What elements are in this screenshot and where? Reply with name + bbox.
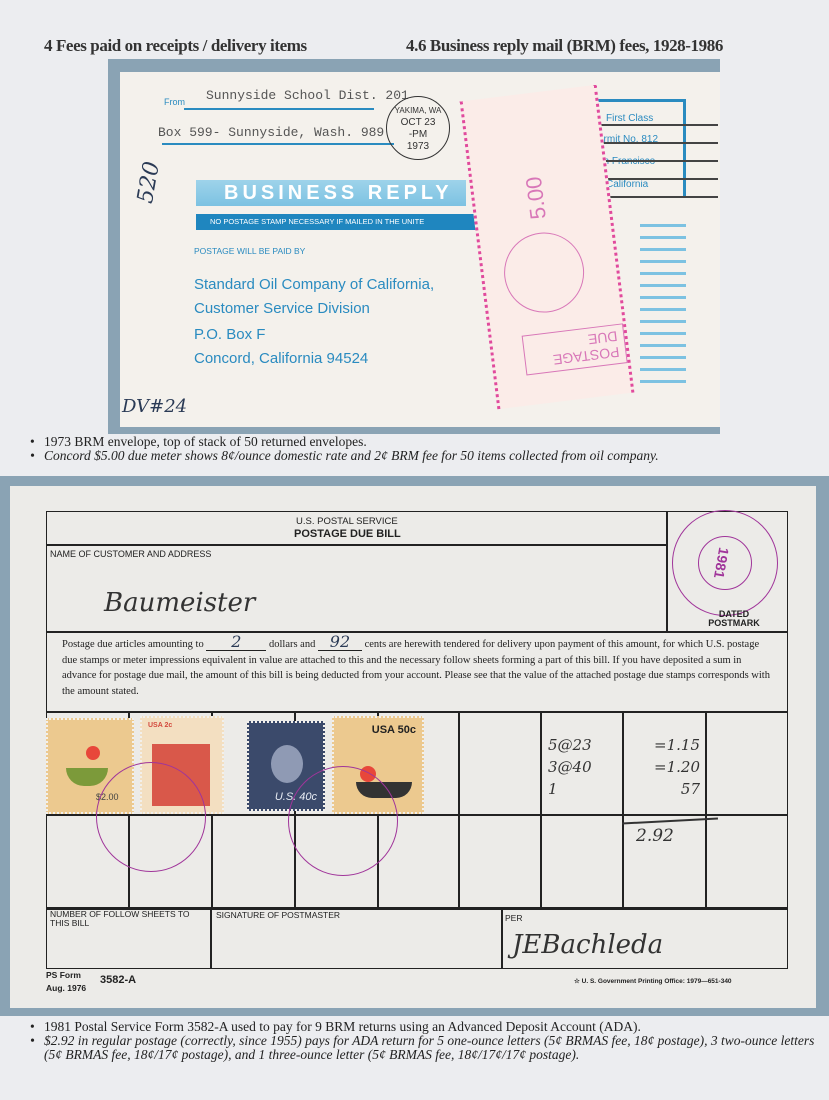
calc-line: =1.15 bbox=[630, 734, 700, 756]
stamp-cancel-postmark bbox=[288, 766, 398, 876]
indicia-bar bbox=[640, 260, 686, 263]
grid-line bbox=[501, 907, 503, 969]
lamp-flame-icon bbox=[86, 746, 100, 760]
permit-line-4: California bbox=[606, 179, 648, 190]
addressee-line-4: Concord, California 94524 bbox=[194, 350, 368, 367]
postmark-time: -PM bbox=[387, 129, 449, 141]
cancel-line bbox=[600, 196, 718, 198]
form-title: POSTAGE DUE BILL bbox=[294, 528, 401, 540]
postmark-city: YAKIMA, WA bbox=[387, 105, 449, 117]
dated-postmark-label: DATED POSTMARK bbox=[708, 610, 760, 628]
meter-value: 5.00 bbox=[521, 175, 552, 221]
no-postage-banner: NO POSTAGE STAMP NECESSARY IF MAILED IN … bbox=[196, 214, 476, 230]
section-title: 4 Fees paid on receipts / delivery items bbox=[44, 36, 307, 55]
cents-value: 92 bbox=[318, 634, 362, 651]
customer-name: Baumeister bbox=[104, 588, 255, 618]
subsection-title: 4.6 Business reply mail (BRM) fees, 1928… bbox=[406, 36, 723, 56]
from-label: From bbox=[164, 97, 185, 107]
from-line-1: Sunnyside School Dist. 201 bbox=[206, 88, 409, 103]
indicia-bar bbox=[640, 368, 686, 371]
note: 1981 Postal Service Form 3582-A used to … bbox=[30, 1020, 820, 1034]
grid-line bbox=[540, 711, 542, 908]
lamp-base-icon bbox=[66, 768, 108, 786]
divider bbox=[46, 631, 788, 633]
note: $2.92 in regular postage (correctly, sin… bbox=[30, 1034, 820, 1062]
amount-text-2: dollars and bbox=[269, 639, 315, 650]
note: 1973 BRM envelope, top of stack of 50 re… bbox=[30, 435, 659, 449]
grid-line bbox=[705, 711, 707, 908]
from-line-2: Box 599- Sunnyside, Wash. 989 bbox=[158, 125, 384, 140]
amount-paragraph: Postage due articles amounting to 2 doll… bbox=[62, 634, 776, 699]
customer-label: NAME OF CUSTOMER AND ADDRESS bbox=[50, 549, 211, 559]
indicia-bar bbox=[640, 332, 686, 335]
cancel-line bbox=[600, 124, 718, 126]
per-label: PER bbox=[505, 913, 522, 923]
postmark-date: OCT 23 bbox=[387, 117, 449, 129]
indicia-bar bbox=[640, 224, 686, 227]
stamp-cancel-postmark bbox=[96, 762, 206, 872]
form-notes: 1981 Postal Service Form 3582-A used to … bbox=[30, 1020, 820, 1062]
ps-form-label: PS Form bbox=[46, 970, 81, 980]
portrait-icon bbox=[271, 745, 303, 783]
stamp-value: USA 2c bbox=[148, 722, 172, 729]
grid-line bbox=[622, 711, 624, 908]
postmaster-signature: JEBachleda bbox=[512, 930, 663, 960]
postmaster-signature-label: SIGNATURE OF POSTMASTER bbox=[216, 910, 340, 920]
meter-date-circle bbox=[500, 228, 589, 317]
form-agency: U.S. POSTAL SERVICE bbox=[296, 516, 398, 527]
addressee-line-2: Customer Service Division bbox=[194, 300, 370, 317]
follow-sheets-label: NUMBER OF FOLLOW SHEETS TO THIS BILL bbox=[50, 910, 200, 928]
grid-line bbox=[210, 907, 212, 969]
stamp-value: USA 50c bbox=[372, 724, 416, 736]
from-underline-1 bbox=[184, 108, 374, 110]
permit-line-1: First Class bbox=[606, 113, 653, 124]
divider bbox=[46, 711, 788, 713]
indicia-bar bbox=[640, 356, 686, 359]
annotation-bottom: DV#24 bbox=[122, 396, 187, 417]
form-number: 3582-A bbox=[100, 974, 136, 986]
note: Concord $5.00 due meter shows 8¢/ounce d… bbox=[30, 449, 659, 463]
calc-line: =1.20 bbox=[630, 756, 700, 778]
addressee-line-1: Standard Oil Company of California, bbox=[194, 276, 434, 293]
from-underline-2 bbox=[162, 143, 394, 145]
postage-paid-by-label: POSTAGE WILL BE PAID BY bbox=[194, 246, 305, 256]
indicia-bar bbox=[640, 344, 686, 347]
indicia-bar bbox=[640, 248, 686, 251]
indicia-bar bbox=[640, 320, 686, 323]
calc-line: 1 bbox=[548, 778, 592, 800]
postmark-year: 1973 bbox=[387, 141, 449, 153]
meter-postage-due: POSTAGE DUE bbox=[522, 323, 628, 375]
calc-total: 2.92 bbox=[636, 826, 674, 846]
divider bbox=[46, 544, 666, 546]
yakima-postmark: YAKIMA, WA OCT 23 -PM 1973 bbox=[386, 96, 450, 160]
cancel-line bbox=[600, 142, 718, 144]
form-date: Aug. 1976 bbox=[46, 983, 86, 993]
amount-text-1: Postage due articles amounting to bbox=[62, 639, 204, 650]
envelope-notes: 1973 BRM envelope, top of stack of 50 re… bbox=[30, 435, 659, 463]
calc-line: 3@40 bbox=[548, 756, 592, 778]
cancel-line bbox=[600, 178, 718, 180]
indicia-bar bbox=[640, 380, 686, 383]
indicia-bar bbox=[640, 284, 686, 287]
indicia-bar bbox=[640, 236, 686, 239]
grid-line bbox=[458, 711, 460, 908]
addressee-line-3: P.O. Box F bbox=[194, 326, 265, 343]
business-reply-banner: BUSINESS REPLY M bbox=[196, 180, 466, 206]
cancel-line bbox=[600, 160, 718, 162]
indicia-bar bbox=[640, 296, 686, 299]
postmark-divider bbox=[666, 511, 668, 632]
indicia-bar bbox=[640, 308, 686, 311]
calc-line: 5@23 bbox=[548, 734, 592, 756]
printer-imprint: ☆ U. S. Government Printing Office: 1979… bbox=[574, 977, 732, 985]
page-header: 4 Fees paid on receipts / delivery items… bbox=[44, 36, 307, 56]
calc-left: 5@23 3@40 1 bbox=[548, 734, 592, 800]
calc-line: 57 bbox=[630, 778, 700, 800]
calc-right: =1.15 =1.20 57 bbox=[630, 734, 700, 800]
indicia-bar bbox=[640, 272, 686, 275]
dollars-value: 2 bbox=[206, 634, 266, 651]
